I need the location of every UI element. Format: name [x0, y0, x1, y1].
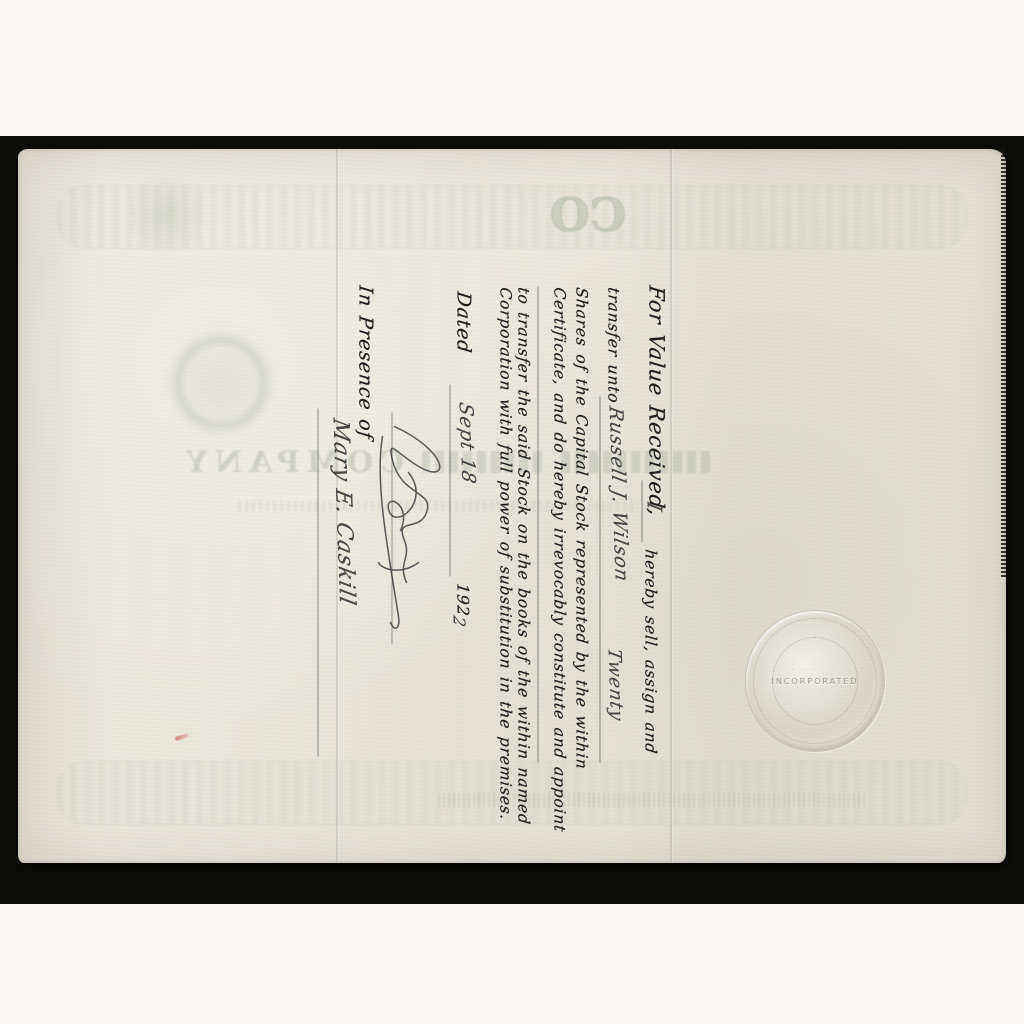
- form-line3: Shares of the Capital Stock represented …: [573, 287, 591, 771]
- witness-rule: [318, 409, 319, 757]
- embossed-corporate-seal: · · · · · INCORPORATED · · ·: [745, 610, 885, 752]
- form-line2-label: transfer unto: [605, 287, 623, 405]
- form-line1-label: For Value Received,: [645, 285, 669, 518]
- seal-ornament-dots: · · ·: [802, 689, 828, 697]
- stock-assignment-form: For Value Received, I hereby sell, assig…: [300, 285, 665, 765]
- form-line4: Certificate, and do hereby irrevocably c…: [551, 287, 569, 834]
- ghost-front-seal-circle: [165, 315, 277, 451]
- form-line1-rest: hereby sell, assign and: [642, 549, 660, 756]
- dated-label: Dated: [453, 291, 475, 355]
- handwritten-date: Sept 18: [455, 401, 480, 487]
- handwritten-share-count: Twenty: [604, 647, 628, 723]
- perforated-edge: [1001, 153, 1007, 577]
- red-ink-speck: [175, 733, 190, 741]
- form-line6: Corporation with full power of substitut…: [497, 287, 515, 822]
- line2-fill-rule: [600, 397, 601, 763]
- photo-backdrop: COMPANY CO · · · · · INCORPORATED · · · …: [0, 136, 1024, 904]
- seal-ornament-dots: · · · · ·: [791, 666, 838, 674]
- form-line5: to transfer the said Stock on the books …: [515, 287, 533, 826]
- signature-rule: [392, 413, 393, 645]
- assignor-signature-flourish: [373, 413, 453, 648]
- certificate-back-paper: COMPANY CO · · · · · INCORPORATED · · · …: [18, 149, 1006, 863]
- seal-center: · · · · · INCORPORATED · · ·: [746, 611, 884, 751]
- seal-center-text: INCORPORATED: [771, 677, 858, 686]
- line1-fill-rule: [642, 481, 643, 543]
- year-printed: 192: [454, 583, 473, 618]
- ghost-corner-ornament: [130, 165, 202, 265]
- presence-label: In Presence of: [355, 285, 377, 441]
- fold-crease-right: [670, 149, 673, 863]
- handwritten-witness-name: Mary E. Caskill: [328, 417, 360, 608]
- handwritten-transferee-name: Russell J. Wilson: [605, 405, 633, 585]
- attorney-blank-rule: [538, 287, 539, 763]
